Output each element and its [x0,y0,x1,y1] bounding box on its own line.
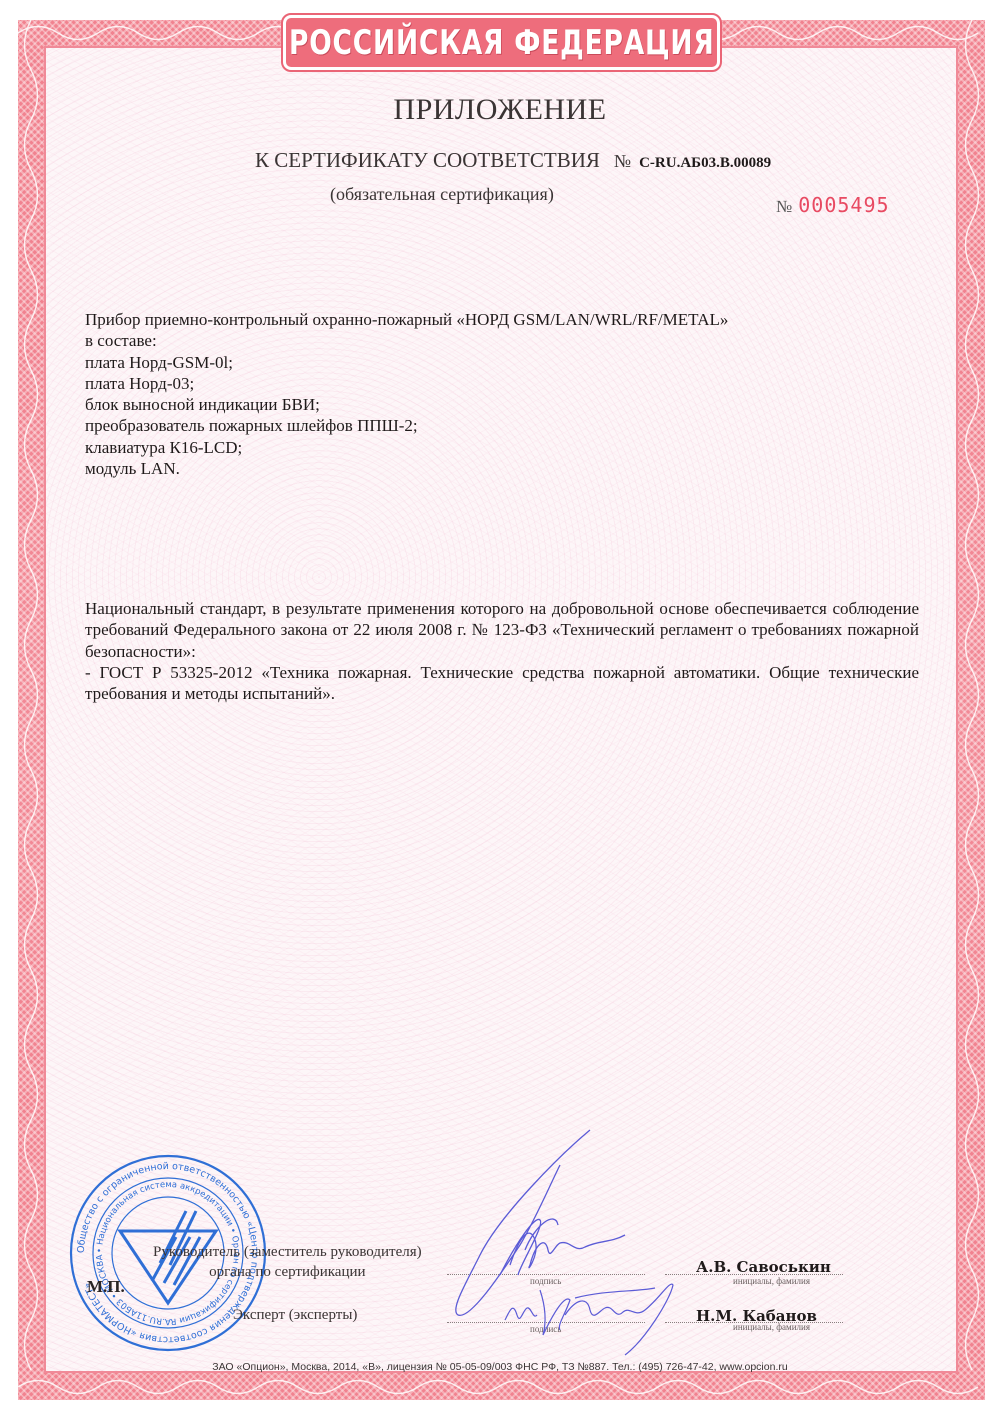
expert-name-caption: инициалы, фамилия [733,1322,810,1332]
head-name: А.В. Савоськин [696,1258,831,1276]
certificate-subtitle: К СЕРТИФИКАТУ СООТВЕТСТВИЯ№С-RU.АБ03.В.0… [255,148,771,173]
product-description: Прибор приемно-контрольный охранно-пожар… [85,309,845,479]
product-line: модуль LAN. [85,458,845,479]
expert-signature-line [447,1322,645,1323]
expert-signatory-label: Эксперт (эксперты) [233,1307,357,1324]
product-line: клавиатура К16-LCD; [85,437,845,458]
page-title: ПРИЛОЖЕНИЕ [0,93,1000,127]
head-label-line1: Руководитель (заместитель руководителя) [153,1242,422,1262]
standard-item: - ГОСТ Р 53325-2012 «Техника пожарная. Т… [85,662,919,705]
product-line: блок выносной индикации БВИ; [85,394,845,415]
printer-footer: ЗАО «Опцион», Москва, 2014, «В», лицензи… [0,1361,1000,1373]
product-line: в составе: [85,330,845,351]
stamp-place-label: М.П. [87,1277,125,1297]
head-signature-line [447,1274,645,1275]
head-label-line2: органа по сертификации [153,1262,422,1282]
serial-number-value: 0005495 [798,193,889,217]
standard-section: Национальный стандарт, в результате прим… [85,598,919,704]
country-banner: РОССИЙСКАЯ ФЕДЕРАЦИЯ [283,15,720,70]
product-line: Прибор приемно-контрольный охранно-пожар… [85,309,845,330]
banner-text: РОССИЙСКАЯ ФЕДЕРАЦИЯ [289,23,715,63]
subtitle-text: К СЕРТИФИКАТУ СООТВЕТСТВИЯ [255,148,600,172]
product-line: плата Норд-GSM-0l; [85,352,845,373]
certificate-number: С-RU.АБ03.В.00089 [639,155,771,171]
head-signature-caption: подпись [530,1276,561,1286]
certification-type: (обязательная сертификация) [330,184,554,205]
expert-signature-caption: подпись [530,1324,561,1334]
head-signatory-label: Руководитель (заместитель руководителя) … [153,1242,422,1282]
product-line: преобразователь пожарных шлейфов ППШ-2; [85,415,845,436]
product-line: плата Норд-03; [85,373,845,394]
standard-paragraph: Национальный стандарт, в результате прим… [85,598,919,662]
form-serial-number: №0005495 [776,193,890,217]
head-name-caption: инициалы, фамилия [733,1276,810,1286]
serial-number-sign: № [776,197,792,216]
number-sign: № [614,151,631,171]
